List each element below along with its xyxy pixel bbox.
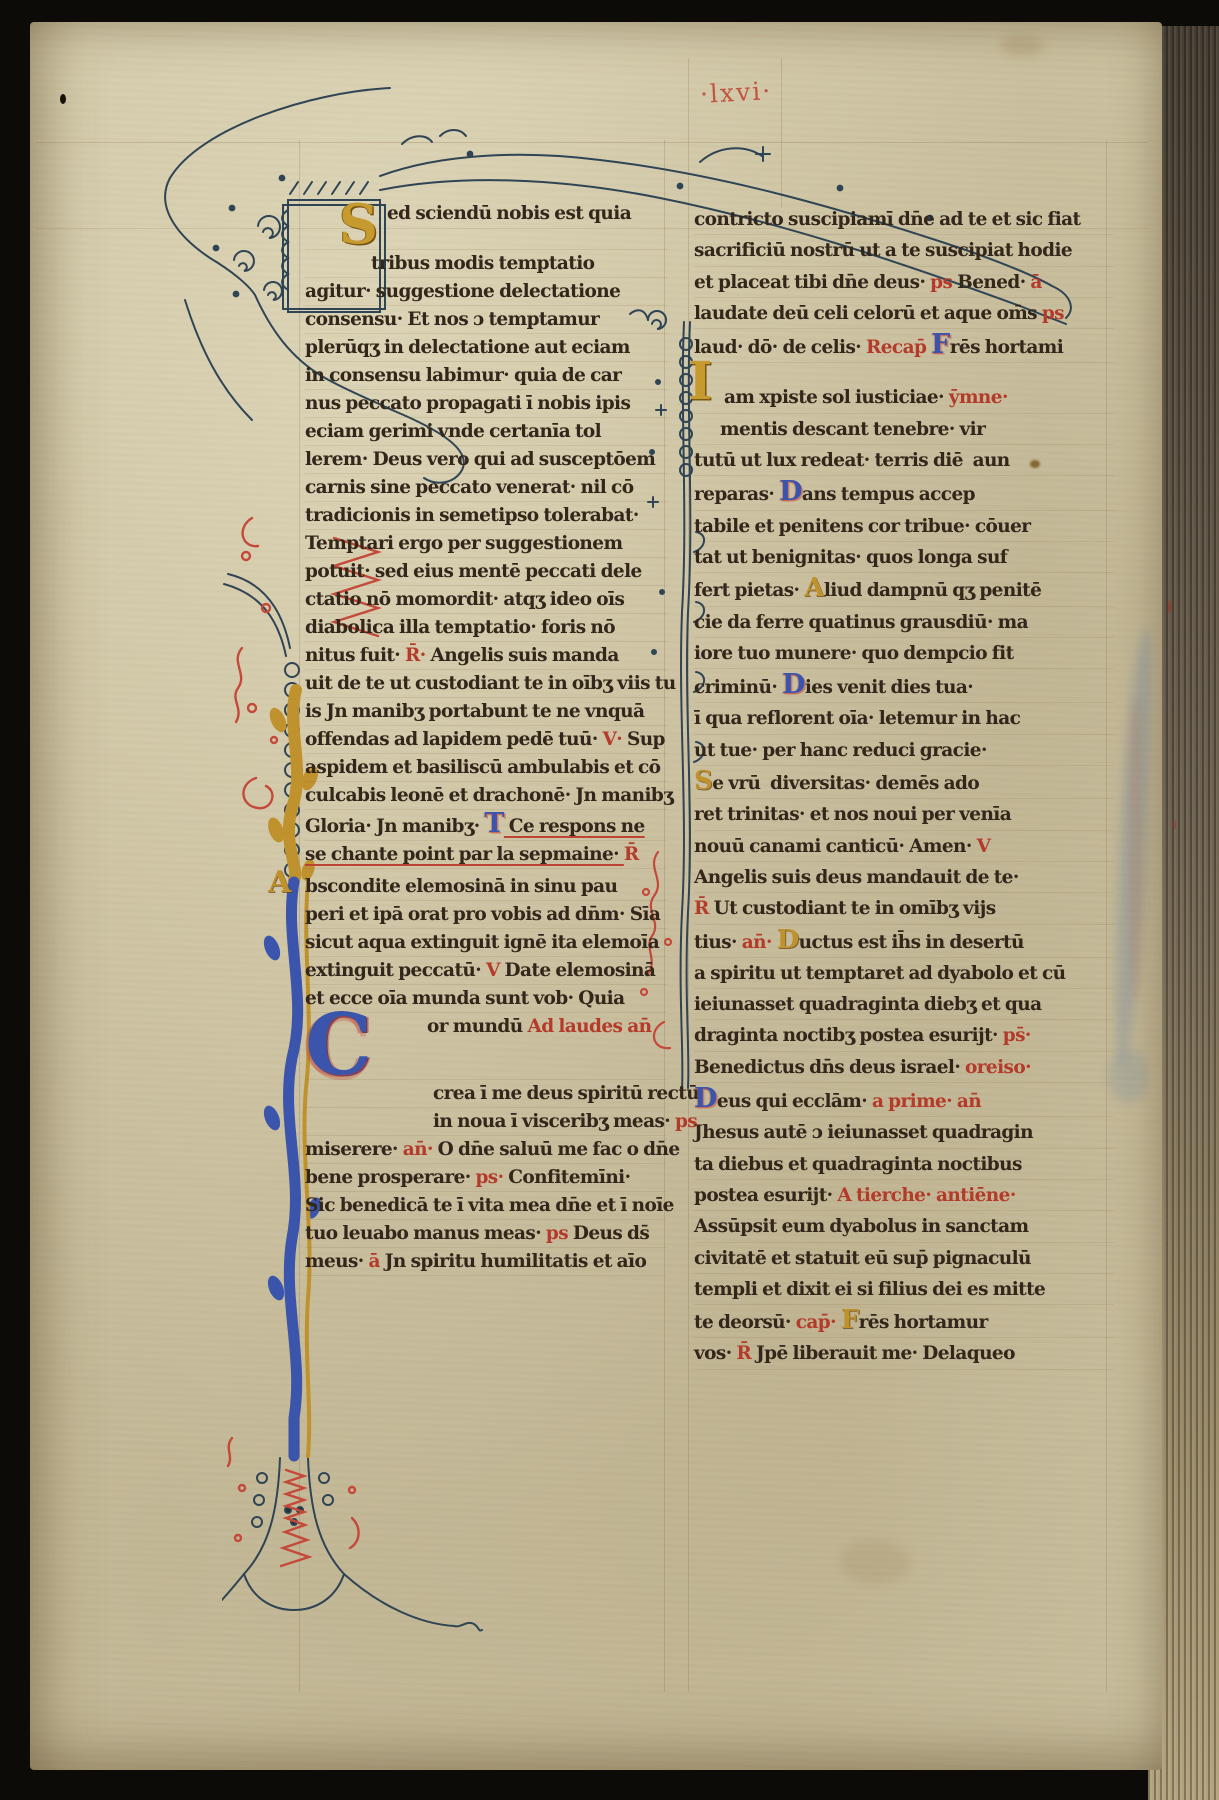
text-line: reparas· Dans tempus accep — [694, 476, 1114, 510]
rubric-text: oreiso· — [965, 1057, 1031, 1078]
body-text: lerem· Deus vero qui ad susceptōem — [305, 449, 655, 470]
brown-stain — [1030, 460, 1040, 468]
rubric-text: ā — [369, 1251, 385, 1272]
body-text: Ce respons ne — [504, 816, 645, 837]
body-text: potuit· sed eius mentē peccati dele — [305, 561, 642, 582]
rubric-text: Recap̄ — [866, 337, 931, 358]
text-line: Iam xpiste sol iusticiae· ȳmne· — [694, 363, 1114, 413]
body-text: Confitemīni· — [508, 1167, 630, 1188]
rubric-text: a prime· an̄ — [872, 1091, 981, 1112]
body-text: Angelis suis manda — [430, 645, 618, 666]
body-text: O dn̄e saluū me fac o dn̄e — [438, 1139, 680, 1160]
text-line: lerem· Deus vero qui ad susceptōem — [305, 446, 667, 474]
text-line: extinguit peccatū· V Date elemosinā — [305, 957, 667, 985]
faint-stain — [840, 1540, 910, 1584]
text-line: iore tuo munere· quo dempcio fit — [694, 638, 1114, 669]
body-text: Jn spiritu humilitatis et aīo — [385, 1251, 646, 1272]
text-line: mentis descant tenebre· vir — [694, 414, 1114, 445]
body-text: Jpē liberauit me· Delaqueo — [756, 1343, 1015, 1364]
folio-number: ·lxvi· — [699, 76, 773, 109]
body-text: carnis sine peccato venerat· nil cō — [305, 477, 633, 498]
body-text: in consensu labimur· quia de car — [305, 365, 621, 386]
body-text: fert pietas· — [694, 580, 804, 601]
body-text: draginta noctibʒ postea esurijt· — [694, 1025, 1003, 1046]
body-text: ieiunasset quadraginta diebʒ et qua — [694, 994, 1041, 1015]
text-line: ctatio nō momordit· atqʒ ideo oīs — [305, 586, 667, 614]
red-offset-smear — [1130, 700, 1142, 1000]
text-line: nus peccato propagati ī nobis ipis — [305, 390, 667, 418]
body-text: contricto suscipiamī dn̄e ad te et sic f… — [694, 209, 1080, 230]
body-text: is Jn manibʒ portabunt te ne vnquā — [305, 701, 644, 722]
body-text: criminū· — [694, 677, 782, 698]
text-line: offendas ad lapidem pedē tuū· V· Sup — [305, 726, 667, 754]
body-text: extinguit peccatū· — [305, 960, 486, 981]
body-text: te deorsū· — [694, 1312, 796, 1333]
text-line: diabolica illa temptatio· foris nō — [305, 614, 667, 642]
body-text: ans tempus accep — [802, 484, 975, 505]
body-text: agitur· suggestione delectatione — [305, 281, 620, 302]
body-text: laud· dō· de celis· — [694, 337, 866, 358]
text-line: consensu· Et nos ɔ temptamur — [305, 306, 667, 334]
body-text: se chante point par la sepmaine· — [305, 844, 624, 865]
rubric-text: Ad laudes an̄ — [527, 1016, 651, 1037]
rubric-text: ps — [930, 272, 957, 293]
body-text: tat ut benignitas· quos longa suf — [694, 547, 1007, 568]
text-line: se chante point par la sepmaine· R̄ — [305, 841, 667, 869]
text-line: criminū· Dies venit dies tua· — [694, 669, 1114, 703]
illuminated-initial: F — [841, 1305, 859, 1335]
body-text: nouū canami canticū· Amen· — [694, 836, 977, 857]
fore-edge-red-mark — [1168, 600, 1171, 614]
text-line: tradicionis in semetipso tolerabat· — [305, 502, 667, 530]
rubric-text: V — [977, 836, 991, 857]
text-line: Jhesus autē ɔ ieiunasset quadragin — [694, 1117, 1114, 1148]
ink-speck — [60, 94, 66, 104]
rubric-text: A tierche· antiēne· — [837, 1185, 1015, 1206]
text-line: Assūpsit eum dyabolus in sanctam — [694, 1211, 1114, 1242]
text-line: sacrificiū nostrū ut a te suscipiat hodi… — [694, 235, 1114, 266]
text-line: fert pietas· Aliud dampnū qʒ penitē — [694, 573, 1114, 606]
ruling-line-horizontal — [36, 142, 1148, 143]
body-text: ta diebus et quadraginta noctibus — [694, 1154, 1022, 1175]
body-text: aspidem et basiliscū ambulabis et cō — [305, 757, 660, 778]
body-text: am xpiste sol iusticiae· — [724, 387, 949, 408]
body-text: ed sciendū nobis est quia — [387, 203, 631, 224]
text-line: cie da ferre quatinus grausdiū· ma — [694, 607, 1114, 638]
text-line: ieiunasset quadraginta diebʒ et qua — [694, 989, 1114, 1020]
rubric-text: ps̄· — [1003, 1025, 1031, 1046]
body-text: or mundū — [427, 1016, 527, 1037]
body-text: sicut aqua extinguit ignē ita elemoīa — [305, 932, 659, 953]
text-line: sicut aqua extinguit ignē ita elemoīa — [305, 929, 667, 957]
body-text: e vrū diversitas· demēs ado — [712, 773, 979, 794]
ruling-line-vertical — [299, 140, 300, 1692]
text-line: potuit· sed eius mentē peccati dele — [305, 558, 667, 586]
body-text: plerūqʒ in delectatione aut eciam — [305, 337, 630, 358]
illuminated-initial: S — [339, 200, 387, 250]
text-line: et placeat tibi dn̄e deus· ps Bened· ā — [694, 267, 1114, 298]
body-text: Sup — [627, 729, 665, 750]
rubric-text: an̄· — [742, 932, 777, 953]
rubric-text: R̄ — [736, 1343, 756, 1364]
rubric-text: an̄· — [403, 1139, 438, 1160]
text-line: peri et ipā orat pro vobis ad dn̄m· Sīa — [305, 901, 667, 929]
text-line: draginta noctibʒ postea esurijt· ps̄· — [694, 1020, 1114, 1051]
text-line: tius· an̄· Ductus est ih̄s in desertū — [694, 925, 1114, 958]
rubric-text: V — [486, 960, 505, 981]
text-line: ret trinitas· et nos noui per venīa — [694, 799, 1114, 830]
text-line: tuo leuabo manus meas· ps Deus ds̄ — [305, 1220, 667, 1248]
text-line: is Jn manibʒ portabunt te ne vnquā — [305, 698, 667, 726]
text-line: plerūqʒ in delectatione aut eciam — [305, 334, 667, 362]
body-text: postea esurijt· — [694, 1185, 837, 1206]
illuminated-initial: D — [782, 669, 805, 700]
text-line: civitatē et statuit eū sup̄ pignaculū — [694, 1243, 1114, 1274]
text-line: Temptari ergo per suggestionem — [305, 530, 667, 558]
text-line: Benedictus dn̄s deus israel· oreiso· — [694, 1052, 1114, 1083]
body-text: ies venit dies tua· — [805, 677, 973, 698]
body-text: iore tuo munere· quo dempcio fit — [694, 643, 1014, 664]
body-text: a spiritu ut temptaret ad dyabolo et cū — [694, 963, 1066, 984]
text-line: Deus qui ecclām· a prime· an̄ — [694, 1083, 1114, 1117]
rubric-text: R̄ — [624, 844, 639, 865]
text-line: Gloria· Jn manibʒ· T Ce respons ne — [305, 810, 667, 841]
text-line: R̄ Ut custodiant te in omībʒ vijs — [694, 893, 1114, 924]
body-text: tradicionis in semetipso tolerabat· — [305, 505, 639, 526]
illuminated-initial: D — [694, 1083, 717, 1114]
fore-edge-red-mark — [1173, 820, 1176, 830]
rubric-text: R̄ — [694, 898, 714, 919]
body-text: ut tue· per hanc reduci gracie· — [694, 740, 987, 761]
text-line: in consensu labimur· quia de car — [305, 362, 667, 390]
body-text: et placeat tibi dn̄e deus· — [694, 272, 930, 293]
body-text: Bened· — [957, 272, 1030, 293]
body-text: ctatio nō momordit· atqʒ ideo oīs — [305, 589, 624, 610]
body-text: Angelis suis deus mandauit de te· — [694, 867, 1019, 888]
body-text: in noua ī visceribʒ meas· — [433, 1111, 675, 1132]
body-text: uit de te ut custodiant te in oībʒ viis … — [305, 673, 676, 694]
manuscript-scan: ·lxvi· — [0, 0, 1219, 1800]
body-text: liud dampnū qʒ penitē — [824, 580, 1041, 601]
body-text: Assūpsit eum dyabolus in sanctam — [694, 1216, 1028, 1237]
text-line: bene prosperare· ps· Confitemīni· — [305, 1164, 667, 1192]
text-line: eciam gerimi vnde certanīa tol — [305, 418, 667, 446]
text-line: ī qua reflorent oīa· letemur in hac — [694, 703, 1114, 734]
body-text: Temptari ergo per suggestionem — [305, 533, 622, 554]
text-line: Sic benedicā te ī vita mea dn̄e et ī noī… — [305, 1192, 667, 1220]
rubric-text: ps — [546, 1223, 573, 1244]
body-text: meus· — [305, 1251, 369, 1272]
text-line: nouū canami canticū· Amen· V — [694, 831, 1114, 862]
rubric-text: ps — [1042, 303, 1064, 324]
text-line: tabile et penitens cor tribue· cōuer — [694, 511, 1114, 542]
body-text: rēs hortamur — [859, 1312, 988, 1333]
body-text: laudate deū celi celorū et aque om̄s — [694, 303, 1042, 324]
ruling-line-vertical — [688, 58, 689, 1692]
body-text: eciam gerimi vnde certanīa tol — [305, 421, 601, 442]
body-text: civitatē et statuit eū sup̄ pignaculū — [694, 1248, 1031, 1269]
rubric-text: ps· — [475, 1167, 508, 1188]
body-text: uctus est ih̄s in desertū — [799, 932, 1024, 953]
body-text: nus peccato propagati ī nobis ipis — [305, 393, 630, 414]
body-text: diabolica illa temptatio· foris nō — [305, 617, 615, 638]
text-line: Cor mundū Ad laudes an̄ — [305, 1013, 667, 1080]
body-text: consensu· Et nos ɔ temptamur — [305, 309, 599, 330]
rubric-text: V· — [603, 729, 627, 750]
text-line: ut tue· per hanc reduci gracie· — [694, 735, 1114, 766]
body-text: rēs hortami — [950, 337, 1063, 358]
body-text: vos· — [694, 1343, 736, 1364]
body-text: bscondite elemosinā in sinu pau — [305, 876, 617, 897]
body-text: cie da ferre quatinus grausdiū· ma — [694, 612, 1028, 633]
text-column-right: contricto suscipiamī dn̄e ad te et sic f… — [694, 204, 1114, 1370]
body-text: ret trinitas· et nos noui per venīa — [694, 804, 1011, 825]
body-text: Jhesus autē ɔ ieiunasset quadragin — [694, 1122, 1033, 1143]
illuminated-initial: A — [804, 573, 824, 603]
text-line: in noua ī visceribʒ meas· ps — [305, 1108, 667, 1136]
illuminated-initial: D — [777, 925, 799, 955]
body-text: Gloria· Jn manibʒ· — [305, 816, 484, 837]
text-line: laud· dō· de celis· Recap̄ Frēs hortami — [694, 329, 1114, 363]
body-text: bene prosperare· — [305, 1167, 475, 1188]
body-text: Benedictus dn̄s deus israel· — [694, 1057, 965, 1078]
text-line: vos· R̄ Jpē liberauit me· Delaqueo — [694, 1338, 1114, 1369]
text-line: ta diebus et quadraginta noctibus — [694, 1149, 1114, 1180]
illuminated-initial: D — [779, 476, 802, 507]
text-line: carnis sine peccato venerat· nil cō — [305, 474, 667, 502]
body-text: tutū ut lux redeat· terris diē aun — [694, 450, 1010, 471]
text-line: Angelis suis deus mandauit de te· — [694, 862, 1114, 893]
rubric-text: cap̄· — [796, 1312, 841, 1333]
text-line: postea esurijt· A tierche· antiēne· — [694, 1180, 1114, 1211]
rubric-text: ā — [1030, 272, 1041, 293]
illuminated-initial: C — [305, 1009, 427, 1080]
body-text: mentis descant tenebre· vir — [720, 419, 985, 440]
body-text: crea ī me deus spiritū rectū — [433, 1083, 699, 1104]
body-text: Ut custodiant te in omībʒ vijs — [714, 898, 996, 919]
body-text: tuo leuabo manus meas· — [305, 1223, 546, 1244]
body-text: templi et dixit ei si filius dei es mitt… — [694, 1279, 1045, 1300]
body-text: tius· — [694, 932, 742, 953]
body-text: ī qua reflorent oīa· letemur in hac — [694, 708, 1020, 729]
body-text: offendas ad lapidem pedē tuū· — [305, 729, 603, 750]
text-line: Se vrū diversitas· demēs ado — [694, 766, 1114, 799]
illuminated-initial: S — [694, 766, 712, 796]
text-line: laudate deū celi celorū et aque om̄s ps — [694, 298, 1114, 329]
text-line: templi et dixit ei si filius dei es mitt… — [694, 1274, 1114, 1305]
text-line: meus· ā Jn spiritu humilitatis et aīo — [305, 1248, 667, 1276]
body-text: peri et ipā orat pro vobis ad dn̄m· Sīa — [305, 904, 660, 925]
text-line: tutū ut lux redeat· terris diē aun — [694, 445, 1114, 476]
text-line: uit de te ut custodiant te in oībʒ viis … — [305, 670, 667, 698]
text-line: Abscondite elemosinā in sinu pau — [305, 869, 667, 901]
text-line: culcabis leonē et drachonē· Jn manibʒ — [305, 782, 667, 810]
body-text: culcabis leonē et drachonē· Jn manibʒ — [305, 785, 673, 806]
body-text: Sic benedicā te ī vita mea dn̄e et ī noī… — [305, 1195, 674, 1216]
body-text: nitus fuit· — [305, 645, 405, 666]
text-line: miserere· an̄· O dn̄e saluū me fac o dn̄… — [305, 1136, 667, 1164]
text-line: Sed sciendū nobis est quia — [305, 200, 667, 250]
body-text: Date elemosinā — [505, 960, 656, 981]
body-text: sacrificiū nostrū ut a te suscipiat hodi… — [694, 240, 1072, 261]
illuminated-initial: F — [931, 329, 950, 360]
body-text: Deus ds̄ — [573, 1223, 649, 1244]
text-line: contricto suscipiamī dn̄e ad te et sic f… — [694, 204, 1114, 235]
rubric-text: R̄· — [405, 645, 430, 666]
text-column-left: Sed sciendū nobis est quiatribus modis t… — [305, 200, 667, 1276]
text-line: nitus fuit· R̄· Angelis suis manda — [305, 642, 667, 670]
text-line: agitur· suggestione delectatione — [305, 278, 667, 306]
body-text: eus qui ecclām· — [717, 1091, 872, 1112]
text-line: te deorsū· cap̄· Frēs hortamur — [694, 1305, 1114, 1338]
ruling-line-vertical — [781, 58, 782, 208]
body-text: miserere· — [305, 1139, 403, 1160]
text-line: tat ut benignitas· quos longa suf — [694, 542, 1114, 573]
illuminated-initial: T — [484, 808, 504, 839]
text-line: aspidem et basiliscū ambulabis et cō — [305, 754, 667, 782]
body-text: tabile et penitens cor tribue· cōuer — [694, 516, 1030, 537]
text-line: a spiritu ut temptaret ad dyabolo et cū — [694, 958, 1114, 989]
body-text: reparas· — [694, 484, 779, 505]
body-text: tribus modis temptatio — [371, 253, 594, 274]
rubric-text: ȳmne· — [949, 387, 1008, 408]
faint-stain — [1000, 36, 1044, 56]
